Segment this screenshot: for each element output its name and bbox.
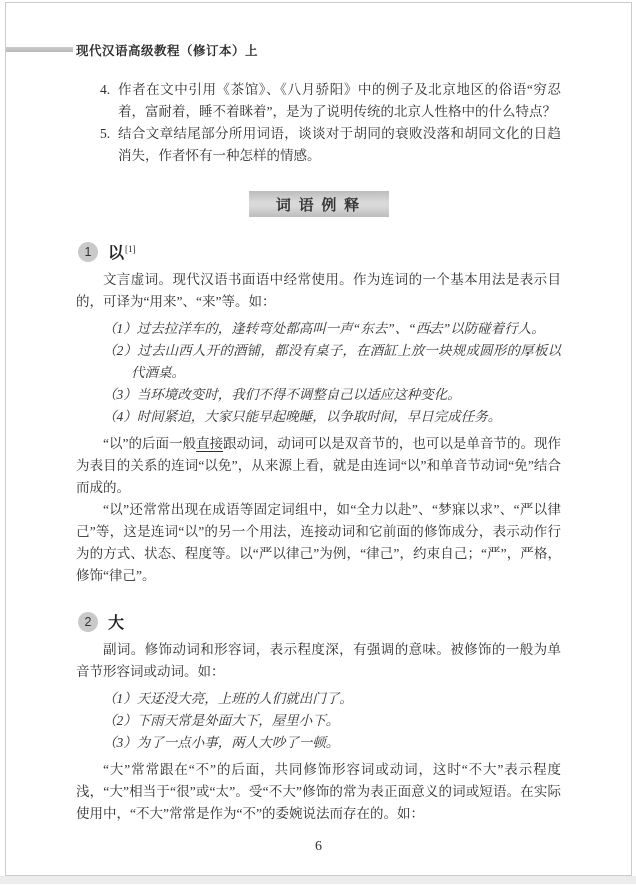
text-run: 吵了一顿。 <box>272 735 340 750</box>
entry-number-badge: 2 <box>78 612 98 632</box>
running-header: 现代汉语高级教程（修订本）上 <box>76 41 561 58</box>
section-banner: 词 语 例 释 <box>249 191 389 217</box>
example-sentence: （3）当环境改变时，我们不得不调整自己以适应这种变化。 <box>103 384 561 406</box>
text-run: 防碰着行人。 <box>464 321 545 336</box>
banner-wrap: 词 语 例 释 <box>76 167 561 217</box>
text-run: 文言虚词。现代汉语书面语中经常使用。作为连词的一个基本用法是表示目的，可译为“用… <box>76 272 561 309</box>
text-run: （1）过去拉洋车的，逢转弯处都高叫一声“东去”、“西去” <box>103 321 450 336</box>
entry-heading: 1以[1] <box>78 240 561 263</box>
underlined-text: 直接 <box>196 436 223 451</box>
text-run: “以”的后面一般 <box>103 436 196 451</box>
section-banner-title: 词 语 例 释 <box>276 194 361 215</box>
word-entry: 1以[1]文言虚词。现代汉语书面语中经常使用。作为连词的一个基本用法是表示目的，… <box>76 240 561 587</box>
text-run: （2）过去山西人开的酒铺，都没有桌子，在酒缸上放一块规成圆形的厚板 <box>103 343 548 358</box>
paragraph: “大”常常跟在“不”的后面，共同修饰形容词或动词，这时“不大”表示程度浅，“大”… <box>76 759 561 825</box>
paragraph: 文言虚词。现代汉语书面语中经常使用。作为连词的一个基本用法是表示目的，可译为“用… <box>76 269 561 313</box>
text-run: “大”常常跟在“不”的后面，共同修饰形容词或动词，这时“不大”表示程度浅，“大”… <box>76 762 561 821</box>
question-list: 4.作者在文中引用《茶馆》、《八月骄阳》中的例子及北京地区的俗语“穷忍着，富耐着… <box>76 79 561 167</box>
emphasized-char: 以 <box>326 409 340 424</box>
entry-list: 1以[1]文言虚词。现代汉语书面语中经常使用。作为连词的一个基本用法是表示目的，… <box>76 240 561 825</box>
question-text: 作者在文中引用《茶馆》、《八月骄阳》中的例子及北京地区的俗语“穷忍着，富耐着，睡… <box>118 79 561 123</box>
entry-body: 副词。修饰动词和形容词，表示程度深，有强调的意味。被修饰的一般为单音节形容词或动… <box>76 639 561 825</box>
page-number: 6 <box>76 839 561 855</box>
question-number: 5. <box>100 123 118 167</box>
entry-heading: 2大 <box>78 610 561 633</box>
text-run: （3）为了一点小事，两人 <box>103 735 258 750</box>
example-sentence: （2）下雨天常是外面大下，屋里小下。 <box>103 710 561 732</box>
emphasized-char: 大 <box>177 691 191 706</box>
emphasized-char: 以 <box>450 321 464 336</box>
entry-number-badge: 1 <box>78 242 98 262</box>
example-sentence: （3）为了一点小事，两人大吵了一顿。 <box>103 732 561 754</box>
text-run: （1）天还没 <box>103 691 177 706</box>
question-item: 5.结合文章结尾部分所用词语，谈谈对于胡同的衰败没落和胡同文化的日趋消失，作者怀… <box>100 123 561 167</box>
text-run: “以”还常常出现在成语等固定词组中，如“全力以赴”、“梦寐以求”、“严以律己”等… <box>76 502 561 583</box>
text-run: 亮，上班的人们就出门了。 <box>191 691 353 706</box>
text-run: （4）时间紧迫，大家只能早起晚睡， <box>103 409 326 424</box>
example-sentence: （1）天还没大亮，上班的人们就出门了。 <box>103 688 561 710</box>
entry-word-text: 大 <box>108 615 124 632</box>
text-run: 争取时间，早日完成任务。 <box>339 409 501 424</box>
question-number: 4. <box>100 79 118 123</box>
emphasized-char: 大 <box>258 735 272 750</box>
header-rule <box>5 47 73 52</box>
text-run: 适应这种变化。 <box>366 387 461 402</box>
word-entry: 2大副词。修饰动词和形容词，表示程度深，有强调的意味。被修饰的一般为单音节形容词… <box>76 610 561 825</box>
example-sentence: （4）时间紧迫，大家只能早起晚睡，以争取时间，早日完成任务。 <box>103 406 561 428</box>
emphasized-char: 以 <box>548 343 562 358</box>
text-run: （3）当环境改变时，我们不得不调整自己 <box>103 387 353 402</box>
book-title: 现代汉语高级教程（修订本）上 <box>76 44 258 58</box>
example-group: （1）天还没大亮，上班的人们就出门了。（2）下雨天常是外面大下，屋里小下。（3）… <box>76 688 561 754</box>
example-sentence: （1）过去拉洋车的，逢转弯处都高叫一声“东去”、“西去”以防碰着行人。 <box>103 318 561 340</box>
text-run: 副词。修饰动词和形容词，表示程度深，有强调的意味。被修饰的一般为单音节形容词或动… <box>76 642 561 679</box>
emphasized-char: 大 <box>231 713 245 728</box>
entry-footnote-ref: [1] <box>125 244 136 254</box>
text-run: 代酒桌。 <box>131 365 185 380</box>
book-page: 现代汉语高级教程（修订本）上 4.作者在文中引用《茶馆》、《八月骄阳》中的例子及… <box>5 2 632 876</box>
paragraph: “以”的后面一般直接跟动词，动词可以是双音节的，也可以是单音节的。现作为表目的关… <box>76 433 561 499</box>
question-text: 结合文章结尾部分所用词语，谈谈对于胡同的衰败没落和胡同文化的日趋消失，作者怀有一… <box>118 123 561 167</box>
paragraph: 副词。修饰动词和形容词，表示程度深，有强调的意味。被修饰的一般为单音节形容词或动… <box>76 639 561 683</box>
example-sentence: （2）过去山西人开的酒铺，都没有桌子，在酒缸上放一块规成圆形的厚板以代酒桌。 <box>103 340 561 384</box>
example-group: （1）过去拉洋车的，逢转弯处都高叫一声“东去”、“西去”以防碰着行人。（2）过去… <box>76 318 561 428</box>
paragraph: “以”还常常出现在成语等固定词组中，如“全力以赴”、“梦寐以求”、“严以律己”等… <box>76 499 561 587</box>
text-run: 下，屋里小下。 <box>245 713 340 728</box>
question-item: 4.作者在文中引用《茶馆》、《八月骄阳》中的例子及北京地区的俗语“穷忍着，富耐着… <box>100 79 561 123</box>
entry-body: 文言虚词。现代汉语书面语中经常使用。作为连词的一个基本用法是表示目的，可译为“用… <box>76 269 561 587</box>
entry-word: 大 <box>108 610 124 633</box>
emphasized-char: 以 <box>353 387 367 402</box>
page-edge-strip <box>0 876 636 884</box>
entry-word: 以[1] <box>108 240 136 263</box>
entry-word-text: 以 <box>108 245 124 262</box>
